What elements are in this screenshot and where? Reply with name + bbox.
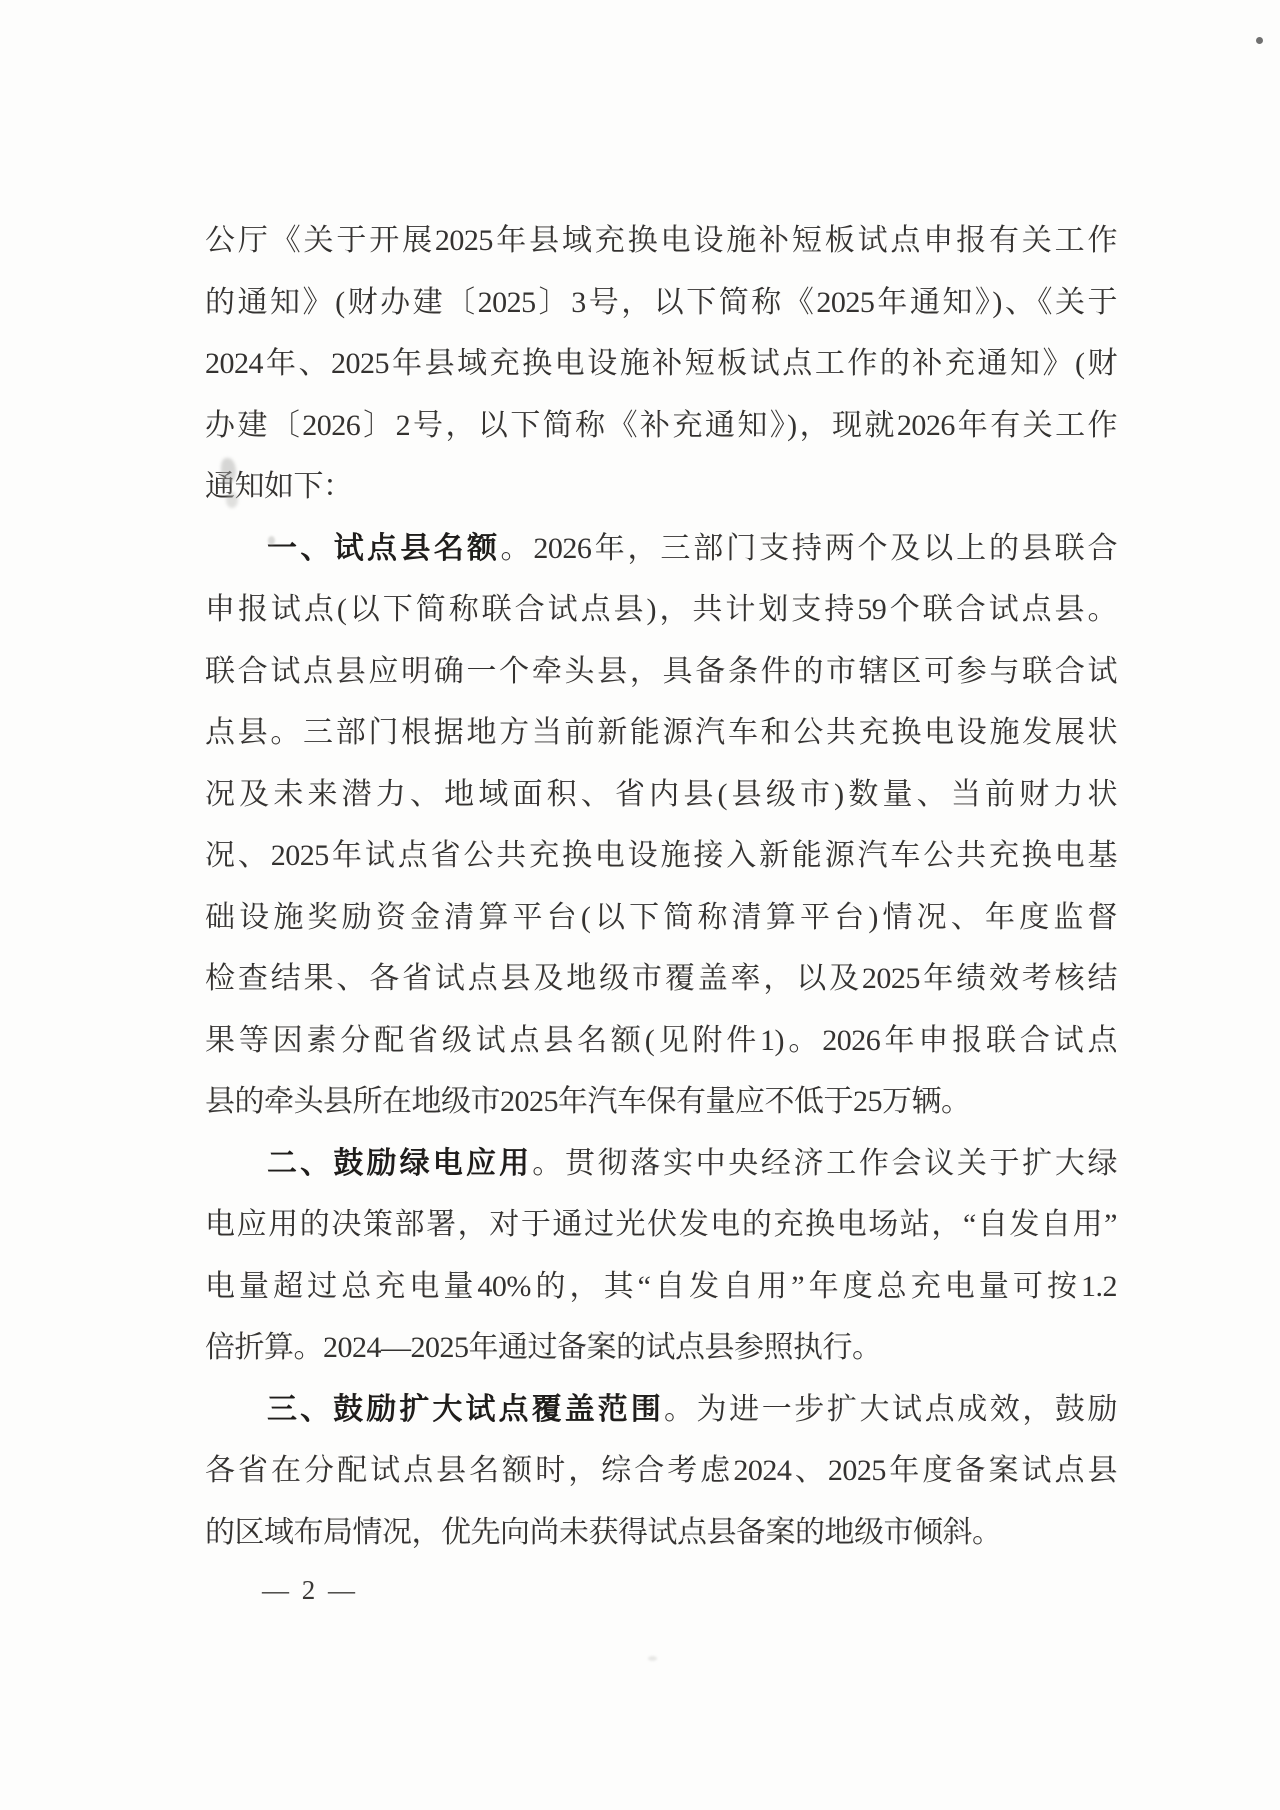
text-line: 电应用的决策部署，对于通过光伏发电的充换电场站，“自发自用” [205, 1194, 1117, 1256]
line-text: 。为进一步扩大试点成效，鼓励 [664, 1393, 1117, 1426]
text-line: 办建〔2026〕2号，以下简称《补充通知》)，现就2026年有关工作 [205, 395, 1117, 457]
line-text: 电量超过总充电量40%的，其“自发自用”年度总充电量可按1.2 [205, 1270, 1117, 1303]
line-text: 况及未来潜力、地域面积、省内县(县级市)数量、当前财力状 [205, 778, 1117, 811]
text-line: 检查结果、各省试点县及地级市覆盖率，以及2025年绩效考核结 [205, 948, 1117, 1010]
text-line: 况及未来潜力、地域面积、省内县(县级市)数量、当前财力状 [205, 764, 1117, 826]
page-number: — 2 — [262, 1575, 358, 1606]
line-text: 。贯彻落实中央经济工作会议关于扩大绿 [532, 1147, 1117, 1180]
line-text: 果等因素分配省级试点县名额(见附件1)。2026年申报联合试点 [205, 1024, 1117, 1057]
line-text: 倍折算。2024—2025年通过备案的试点县参照执行。 [205, 1331, 882, 1364]
text-line: 通知如下： [205, 456, 1117, 518]
line-text: 电应用的决策部署，对于通过光伏发电的充换电场站，“自发自用” [205, 1208, 1117, 1241]
text-line: 公厅《关于开展2025年县域充换电设施补短板试点申报有关工作 [205, 210, 1117, 272]
text-line: 的通知》(财办建〔2025〕3号，以下简称《2025年通知》)、《关于 [205, 272, 1117, 334]
scan-artifact-dot [1256, 37, 1263, 44]
line-text: 2024年、2025年县域充换电设施补短板试点工作的补充通知》(财 [205, 347, 1117, 380]
text-line: 申报试点(以下简称联合试点县)，共计划支持59个联合试点县。 [205, 579, 1117, 641]
text-line: 点县。三部门根据地方当前新能源汽车和公共充换电设施发展状 [205, 702, 1117, 764]
text-line: 2024年、2025年县域充换电设施补短板试点工作的补充通知》(财 [205, 333, 1117, 395]
paragraph-heading-line: 二、鼓励绿电应用。贯彻落实中央经济工作会议关于扩大绿 [205, 1133, 1117, 1195]
scan-smudge [226, 492, 238, 508]
paragraph-heading-line: 一、试点县名额。2026年，三部门支持两个及以上的县联合 [205, 518, 1117, 580]
line-text: 。2026年，三部门支持两个及以上的县联合 [500, 532, 1117, 565]
scan-speck [268, 536, 275, 545]
line-text: 的区域布局情况，优先向尚未获得试点县备案的地级市倾斜。 [205, 1516, 1002, 1549]
line-text: 申报试点(以下简称联合试点县)，共计划支持59个联合试点县。 [205, 593, 1117, 626]
text-line: 础设施奖励资金清算平台(以下简称清算平台)情况、年度监督 [205, 887, 1117, 949]
line-text: 各省在分配试点县名额时，综合考虑2024、2025年度备案试点县 [205, 1454, 1117, 1487]
paragraph-heading-line: 三、鼓励扩大试点覆盖范围。为进一步扩大试点成效，鼓励 [205, 1379, 1117, 1441]
text-line: 况、2025年试点省公共充换电设施接入新能源汽车公共充换电基 [205, 825, 1117, 887]
text-line: 倍折算。2024—2025年通过备案的试点县参照执行。 [205, 1317, 1117, 1379]
line-text: 办建〔2026〕2号，以下简称《补充通知》)，现就2026年有关工作 [205, 409, 1117, 442]
line-text: 点县。三部门根据地方当前新能源汽车和公共充换电设施发展状 [205, 716, 1117, 749]
line-text: 公厅《关于开展2025年县域充换电设施补短板试点申报有关工作 [205, 224, 1117, 257]
line-text: 况、2025年试点省公共充换电设施接入新能源汽车公共充换电基 [205, 839, 1117, 872]
section-heading: 二、鼓励绿电应用 [267, 1147, 532, 1180]
text-line: 县的牵头县所在地级市2025年汽车保有量应不低于25万辆。 [205, 1071, 1117, 1133]
line-text: 检查结果、各省试点县及地级市覆盖率，以及2025年绩效考核结 [205, 962, 1117, 995]
text-line: 电量超过总充电量40%的，其“自发自用”年度总充电量可按1.2 [205, 1256, 1117, 1318]
document-text: 公厅《关于开展2025年县域充换电设施补短板试点申报有关工作的通知》(财办建〔2… [205, 210, 1117, 1563]
section-heading: 三、鼓励扩大试点覆盖范围 [267, 1393, 664, 1426]
section-heading: 一、试点县名额 [267, 532, 500, 565]
scan-speck [648, 1656, 657, 1661]
line-text: 县的牵头县所在地级市2025年汽车保有量应不低于25万辆。 [205, 1085, 971, 1118]
text-line: 的区域布局情况，优先向尚未获得试点县备案的地级市倾斜。 [205, 1502, 1117, 1564]
text-line: 联合试点县应明确一个牵头县，具备条件的市辖区可参与联合试 [205, 641, 1117, 703]
line-text: 的通知》(财办建〔2025〕3号，以下简称《2025年通知》)、《关于 [205, 286, 1117, 319]
text-line: 各省在分配试点县名额时，综合考虑2024、2025年度备案试点县 [205, 1440, 1117, 1502]
line-text: 联合试点县应明确一个牵头县，具备条件的市辖区可参与联合试 [205, 655, 1117, 688]
scanned-page: 公厅《关于开展2025年县域充换电设施补短板试点申报有关工作的通知》(财办建〔2… [0, 0, 1280, 1810]
text-line: 果等因素分配省级试点县名额(见附件1)。2026年申报联合试点 [205, 1010, 1117, 1072]
scan-smudge [221, 458, 236, 484]
line-text: 础设施奖励资金清算平台(以下简称清算平台)情况、年度监督 [205, 901, 1117, 934]
